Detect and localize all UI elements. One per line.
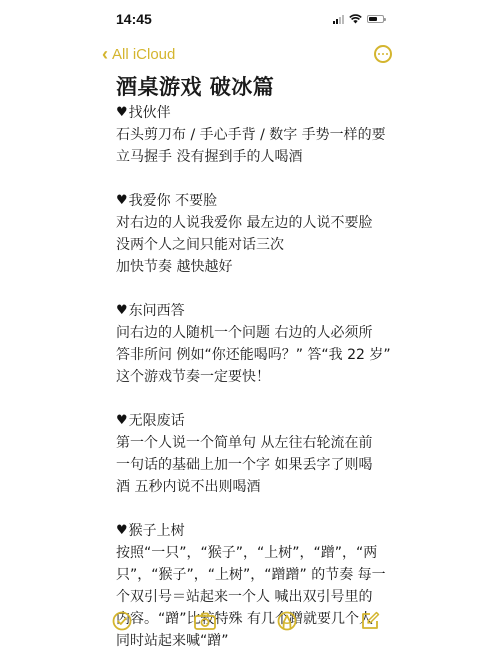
black-heart-icon: ♥ bbox=[116, 520, 128, 542]
signal-icon bbox=[333, 15, 344, 24]
markup-button[interactable] bbox=[275, 609, 299, 633]
compose-button[interactable] bbox=[358, 609, 382, 633]
status-bar: 14:45 bbox=[116, 8, 384, 30]
note-line: 第一个人说一个简单句 从左往右轮流在前 bbox=[116, 432, 390, 454]
camera-button[interactable] bbox=[193, 609, 217, 633]
black-heart-icon: ♥ bbox=[116, 410, 128, 432]
compose-icon bbox=[360, 611, 380, 631]
nav-bar: ‹ All iCloud bbox=[102, 42, 392, 66]
note-line: 没两个人之间只能对话三次 bbox=[116, 234, 390, 256]
section-heading: 猴子上树 bbox=[129, 520, 185, 542]
note-section: ♥东问西答 问右边的人随机一个问题 右边的人必须所 答非所问 例如“你还能喝吗？… bbox=[116, 300, 390, 388]
section-heading: 找伙伴 bbox=[129, 102, 171, 124]
camera-icon bbox=[194, 612, 216, 630]
note-line: 石头剪刀布 / 手心手背 / 数字 手势一样的要 bbox=[116, 124, 390, 146]
wifi-icon bbox=[349, 14, 362, 24]
clock: 14:45 bbox=[116, 11, 152, 27]
black-heart-icon: ♥ bbox=[116, 300, 128, 322]
checklist-button[interactable] bbox=[110, 609, 134, 633]
note-line: 问右边的人随机一个问题 右边的人必须所 bbox=[116, 322, 390, 344]
note-line: 对右边的人说我爱你 最左边的人说不要脸 bbox=[116, 212, 390, 234]
back-button[interactable]: ‹ All iCloud bbox=[102, 45, 175, 63]
back-label: All iCloud bbox=[112, 46, 175, 63]
battery-icon bbox=[367, 15, 384, 23]
section-heading: 我爱你 不要脸 bbox=[129, 190, 217, 212]
section-heading: 东问西答 bbox=[129, 300, 185, 322]
note-line: 立马握手 没有握到手的人喝酒 bbox=[116, 146, 390, 168]
section-heading: 无限废话 bbox=[129, 410, 185, 432]
note-line: 一句话的基础上加一个字 如果丢字了则喝 bbox=[116, 454, 390, 476]
note-body[interactable]: 酒桌游戏 破冰篇 ♥找伙伴 石头剪刀布 / 手心手背 / 数字 手势一样的要 立… bbox=[116, 72, 390, 652]
ellipsis-dot bbox=[386, 53, 388, 55]
note-line: 答非所问 例如“你还能喝吗？” 答“我 22 岁” bbox=[116, 344, 390, 366]
note-line: 个双引号＝站起来一个人 喊出双引号里的 bbox=[116, 586, 390, 608]
ellipsis-dot bbox=[382, 53, 384, 55]
note-section: ♥无限废话 第一个人说一个简单句 从左往右轮流在前 一句话的基础上加一个字 如果… bbox=[116, 410, 390, 498]
black-heart-icon: ♥ bbox=[116, 190, 128, 212]
note-line: 只”，“猴子”，“上树”，“蹭蹭” 的节奏 每一 bbox=[116, 564, 390, 586]
note-section: ♥找伙伴 石头剪刀布 / 手心手背 / 数字 手势一样的要 立马握手 没有握到手… bbox=[116, 102, 390, 168]
note-line: 加快节奏 越快越好 bbox=[116, 256, 390, 278]
note-line: 酒 五秒内说不出则喝酒 bbox=[116, 476, 390, 498]
note-title: 酒桌游戏 破冰篇 bbox=[116, 72, 390, 102]
status-icons bbox=[333, 14, 384, 24]
more-button[interactable] bbox=[374, 45, 392, 63]
note-line: 按照“一只”，“猴子”，“上树”，“蹭”，“两 bbox=[116, 542, 390, 564]
note-line: 这个游戏节奏一定要快！ bbox=[116, 366, 390, 388]
chevron-left-icon: ‹ bbox=[102, 45, 108, 63]
bottom-toolbar bbox=[110, 608, 382, 634]
black-heart-icon: ♥ bbox=[116, 102, 128, 124]
markup-pen-icon bbox=[277, 611, 297, 631]
ellipsis-dot bbox=[378, 53, 380, 55]
checklist-icon bbox=[112, 611, 132, 631]
note-section: ♥我爱你 不要脸 对右边的人说我爱你 最左边的人说不要脸 没两个人之间只能对话三… bbox=[116, 190, 390, 278]
